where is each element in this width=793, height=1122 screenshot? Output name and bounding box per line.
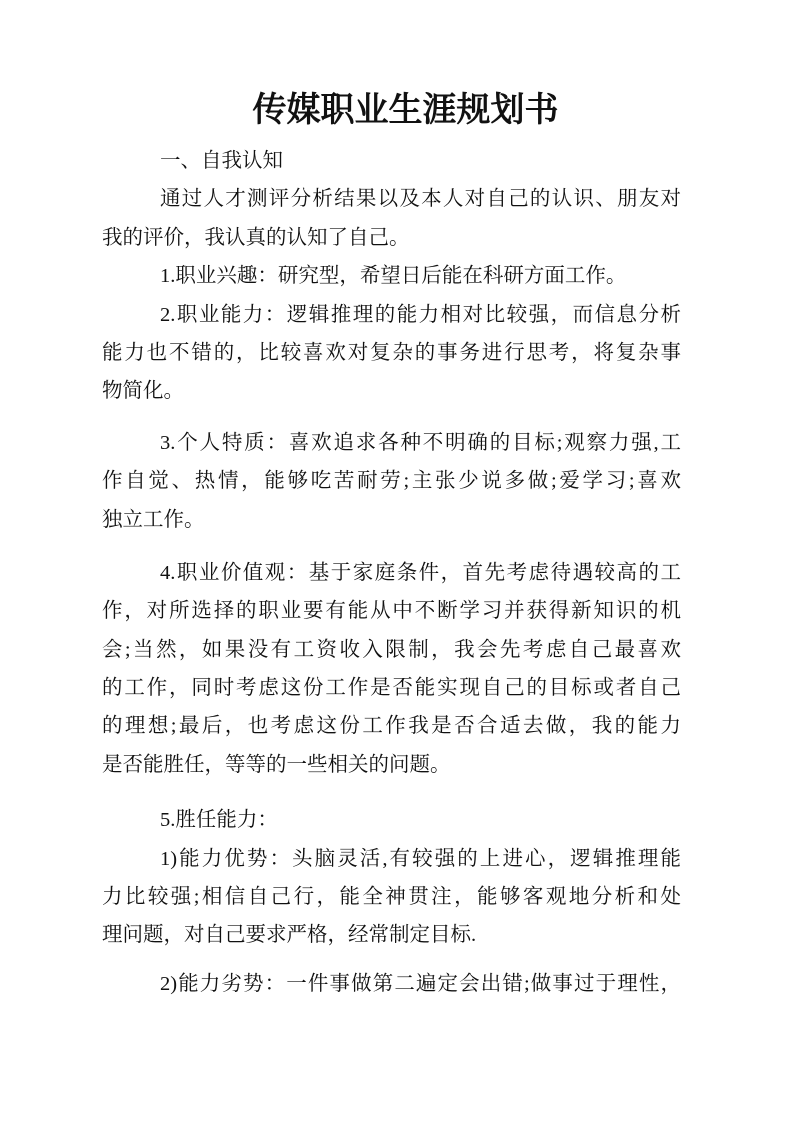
text-line: 1)能力优势：头脑灵活,有较强的上进心，逻辑推理能	[102, 840, 681, 878]
text-line: 3.个人特质：喜欢追求各种不明确的目标;观察力强,工	[102, 424, 681, 462]
paragraph: 1.职业兴趣：研究型，希望日后能在科研方面工作。	[102, 257, 681, 295]
document-page: 传媒职业生涯规划书 一、自我认知通过人才测评分析结果以及本人对自己的认识、朋友对…	[0, 0, 793, 1122]
paragraph: 2.职业能力：逻辑推理的能力相对比较强，而信息分析能力也不错的，比较喜欢对复杂的…	[102, 296, 681, 411]
text-line: 物简化。	[102, 372, 681, 410]
text-line: 的工作，同时考虑这份工作是否能实现自己的目标或者自己	[102, 669, 681, 707]
text-line: 我的评价，我认真的认知了自己。	[102, 219, 681, 257]
text-line: 理问题，对自己要求严格，经常制定目标.	[102, 916, 681, 954]
text-line: 2.职业能力：逻辑推理的能力相对比较强，而信息分析	[102, 296, 681, 334]
text-line: 5.胜任能力：	[102, 801, 681, 839]
text-line: 能力也不错的，比较喜欢对复杂的事务进行思考，将复杂事	[102, 334, 681, 372]
text-line: 作自觉、热情，能够吃苦耐劳;主张少说多做;爱学习;喜欢	[102, 462, 681, 500]
paragraph: 一、自我认知	[102, 142, 681, 180]
document-body: 一、自我认知通过人才测评分析结果以及本人对自己的认识、朋友对我的评价，我认真的认…	[102, 142, 681, 1003]
text-line: 1.职业兴趣：研究型，希望日后能在科研方面工作。	[102, 257, 681, 295]
paragraph: 2)能力劣势：一件事做第二遍定会出错;做事过于理性，	[102, 965, 681, 1003]
text-line: 作，对所选择的职业要有能从中不断学习并获得新知识的机	[102, 592, 681, 630]
paragraph: 5.胜任能力：	[102, 801, 681, 839]
text-line: 一、自我认知	[102, 142, 681, 180]
document-content: 传媒职业生涯规划书 一、自我认知通过人才测评分析结果以及本人对自己的认识、朋友对…	[102, 0, 681, 1003]
text-line: 的理想;最后，也考虑这份工作我是否合适去做，我的能力	[102, 707, 681, 745]
text-line: 会;当然，如果没有工资收入限制，我会先考虑自己最喜欢	[102, 631, 681, 669]
text-line: 2)能力劣势：一件事做第二遍定会出错;做事过于理性，	[102, 965, 681, 1003]
paragraph: 4.职业价值观：基于家庭条件，首先考虑待遇较高的工作，对所选择的职业要有能从中不…	[102, 554, 681, 784]
paragraph: 1)能力优势：头脑灵活,有较强的上进心，逻辑推理能力比较强;相信自己行，能全神贯…	[102, 840, 681, 955]
text-line: 力比较强;相信自己行，能全神贯注，能够客观地分析和处	[102, 878, 681, 916]
text-line: 独立工作。	[102, 501, 681, 539]
paragraph: 通过人才测评分析结果以及本人对自己的认识、朋友对我的评价，我认真的认知了自己。	[102, 180, 681, 257]
document-title: 传媒职业生涯规划书	[102, 86, 681, 136]
paragraph: 3.个人特质：喜欢追求各种不明确的目标;观察力强,工作自觉、热情，能够吃苦耐劳;…	[102, 424, 681, 539]
text-line: 4.职业价值观：基于家庭条件，首先考虑待遇较高的工	[102, 554, 681, 592]
text-line: 是否能胜任，等等的一些相关的问题。	[102, 746, 681, 784]
text-line: 通过人才测评分析结果以及本人对自己的认识、朋友对	[102, 180, 681, 218]
